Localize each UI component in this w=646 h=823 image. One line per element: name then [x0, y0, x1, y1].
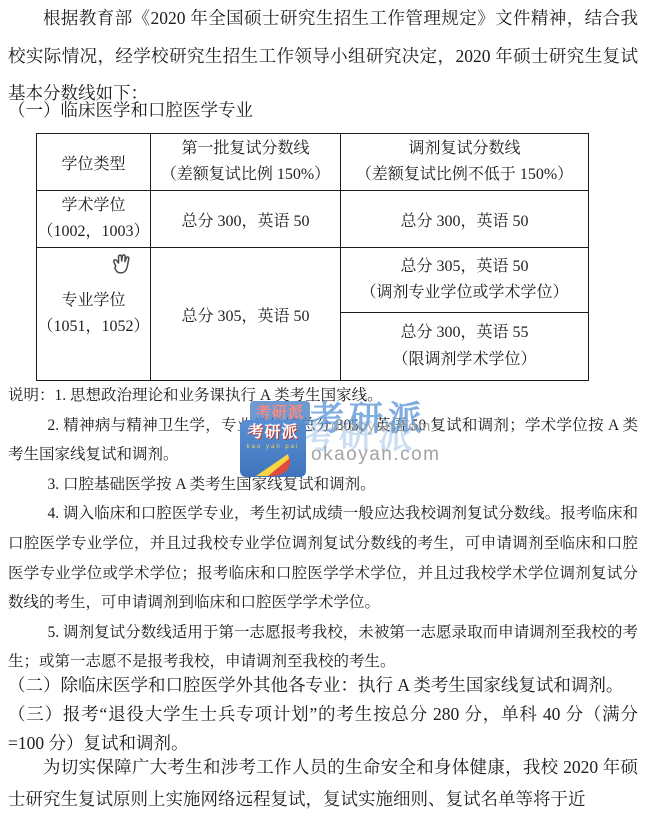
score-table: 学位类型 第一批复试分数线 （差额复试比例 150%） 调剂复试分数线 （差额复…: [36, 133, 589, 381]
document-page: 根据教育部《2020 年全国硕士研究生招生工作管理规定》文件精神，结合我校实际情…: [0, 0, 646, 823]
academic-codes: （1002，1003）: [37, 219, 150, 246]
table-header-row: 学位类型 第一批复试分数线 （差额复试比例 150%） 调剂复试分数线 （差额复…: [37, 134, 589, 191]
hand-cursor-icon: [107, 252, 135, 282]
header-adjustment: 调剂复试分数线 （差额复试比例不低于 150%）: [341, 134, 589, 191]
professional-adjustment-b: 总分 300，英语 55 （限调剂学术学位）: [341, 313, 589, 381]
professional-first-batch-score: 总分 305，英语 50: [151, 248, 341, 381]
table-row-professional: 专业学位 （1051，1052） 总分 305，英语 50 总分 305，英语 …: [37, 248, 589, 313]
academic-name: 学术学位: [37, 193, 150, 220]
professional-adjustment-b-scope: （限调剂学术学位）: [341, 347, 588, 374]
header-first-batch-line2: （差额复试比例 150%）: [151, 162, 340, 189]
notes-section: 说明：1. 思想政治理论和业务课执行 A 类考生国家线。 2. 精神病与精神卫生…: [8, 381, 638, 677]
note-4: 4. 调入临床和口腔医学专业，考生初试成绩一般应达我校调剂复试分数线。报考临床和…: [8, 499, 638, 617]
note-2: 2. 精神病与精神卫生学，专业学位按总分 305、英语 50 复试和调剂；学术学…: [8, 411, 638, 470]
professional-name: 专业学位: [37, 288, 150, 315]
section3-paragraph: （三）报考“退役大学生士兵专项计划”的考生按总分 280 分，单科 40 分（满…: [8, 700, 638, 757]
academic-adjustment-score: 总分 300，英语 50: [341, 191, 589, 248]
section1-title: （一）临床医学和口腔医学专业: [8, 95, 638, 125]
table-row-academic: 学术学位 （1002，1003） 总分 300，英语 50 总分 300，英语 …: [37, 191, 589, 248]
academic-degree-type: 学术学位 （1002，1003）: [37, 191, 151, 248]
note-5: 5. 调剂复试分数线适用于第一志愿报考我校，未被第一志愿录取而申请调剂至我校的考…: [8, 618, 638, 677]
header-first-batch: 第一批复试分数线 （差额复试比例 150%）: [151, 134, 341, 191]
header-degree-type: 学位类型: [37, 134, 151, 191]
closing-paragraph: 为切实保障广大考生和涉考工作人员的生命安全和身体健康，我校 2020 年硕士研究…: [8, 752, 638, 815]
professional-adjustment-a-scope: （调剂专业学位或学术学位）: [341, 280, 588, 307]
header-first-batch-line1: 第一批复试分数线: [151, 136, 340, 163]
note-3: 3. 口腔基础医学按 A 类考生国家线复试和调剂。: [8, 470, 638, 500]
professional-codes: （1051，1052）: [37, 314, 150, 341]
header-adjustment-line2: （差额复试比例不低于 150%）: [341, 162, 588, 189]
professional-adjustment-b-score: 总分 300，英语 55: [341, 320, 588, 347]
academic-first-batch-score: 总分 300，英语 50: [151, 191, 341, 248]
note-1: 说明：1. 思想政治理论和业务课执行 A 类考生国家线。: [8, 381, 638, 411]
header-adjustment-line1: 调剂复试分数线: [341, 136, 588, 163]
section2-paragraph: （二）除临床医学和口腔医学外其他各专业：执行 A 类考生国家线复试和调剂。: [8, 670, 638, 700]
professional-adjustment-a: 总分 305，英语 50 （调剂专业学位或学术学位）: [341, 248, 589, 313]
professional-degree-type: 专业学位 （1051，1052）: [37, 248, 151, 381]
professional-adjustment-a-score: 总分 305，英语 50: [341, 254, 588, 281]
